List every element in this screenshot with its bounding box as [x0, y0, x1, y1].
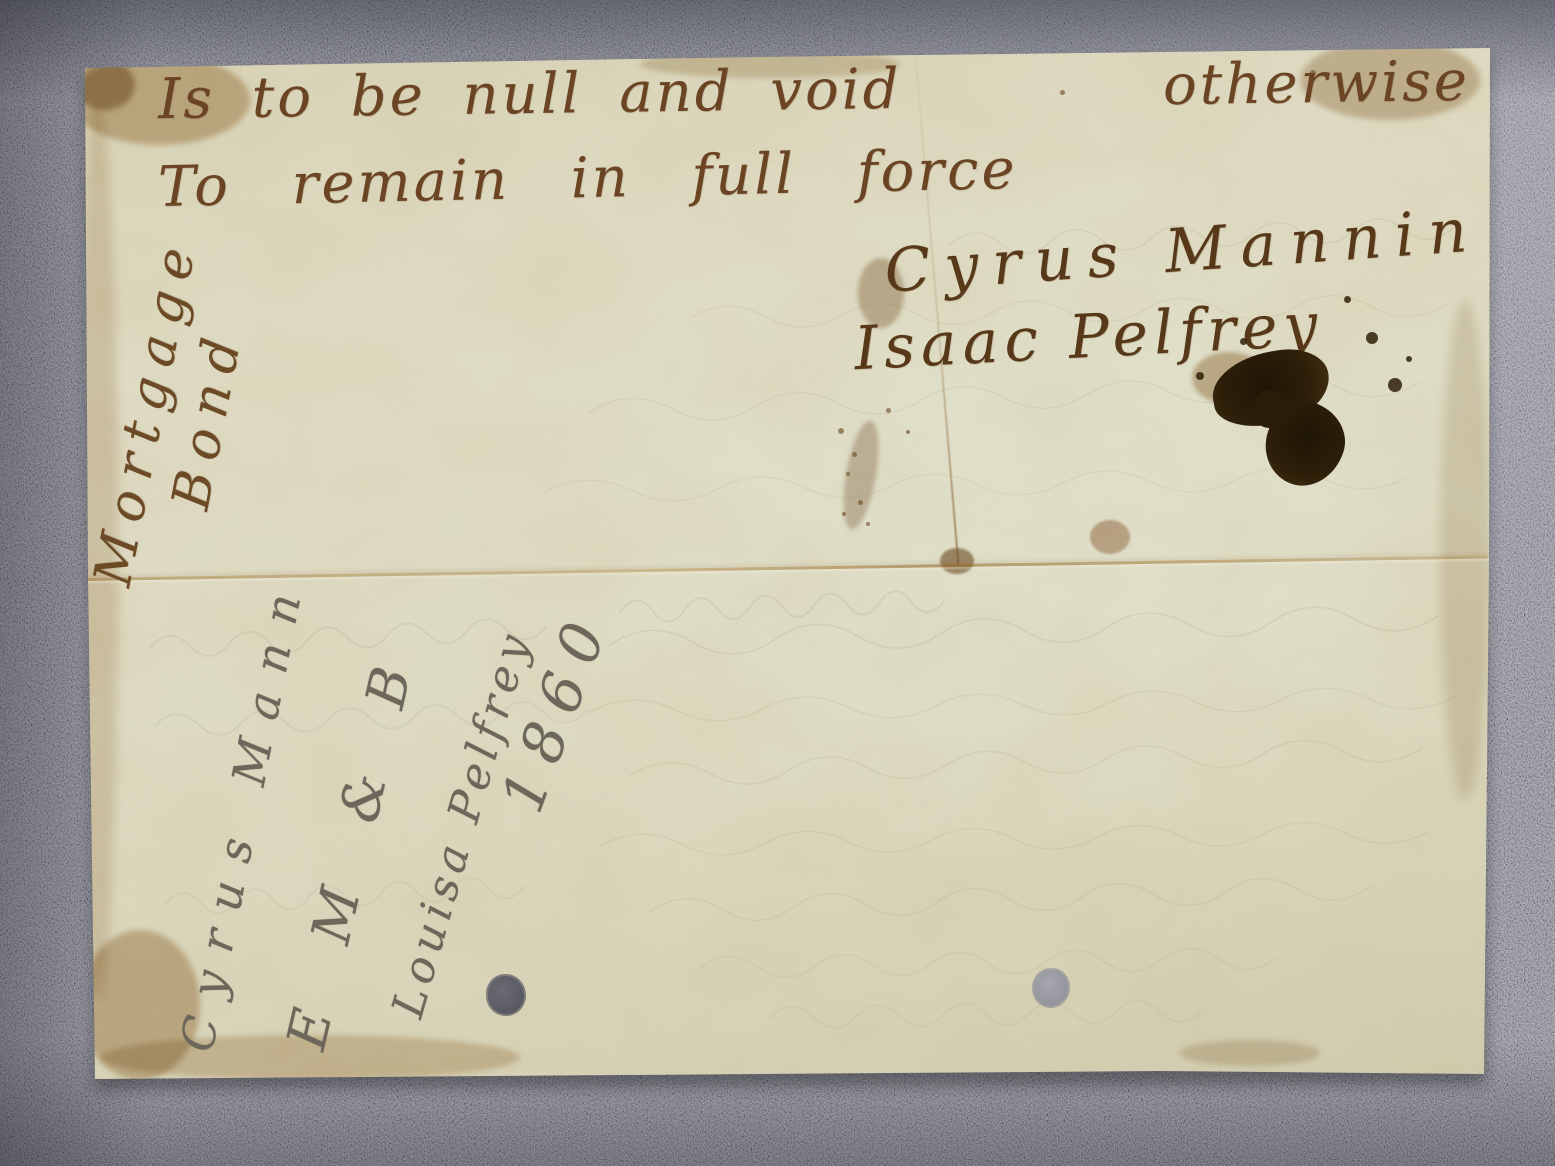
handwriting-line-1-right: otherwise: [1163, 49, 1471, 118]
ink-blot-satellite: [1366, 332, 1378, 344]
ink-blot-satellite: [1388, 378, 1402, 392]
document-photo-scene: Is to be null and void otherwise To rema…: [0, 0, 1555, 1166]
ink-blot-satellite: [1196, 372, 1204, 380]
handwriting-line-1-left: Is to be null and void: [158, 57, 902, 132]
document-paper: Is to be null and void otherwise To rema…: [0, 0, 1555, 1166]
ink-speck: [852, 452, 857, 457]
ink-speck: [838, 428, 844, 434]
ink-blot-satellite: [1406, 356, 1412, 362]
ink-speck: [842, 512, 846, 516]
stain: [1090, 520, 1130, 554]
ink-speck: [846, 472, 850, 476]
handwriting-line-2: To remain in full force: [157, 137, 1018, 220]
docket-label-mortgage-bond: Mortgage Bond: [82, 226, 278, 604]
hole-punch-left: [486, 974, 526, 1016]
stain: [1180, 1040, 1320, 1066]
stain: [837, 418, 886, 532]
ink-blot-satellite: [1344, 296, 1351, 303]
ink-blot: [1255, 392, 1355, 496]
ink-speck: [858, 500, 863, 505]
ink-speck: [886, 408, 891, 413]
ink-speck: [906, 430, 910, 434]
ink-speck: [866, 522, 870, 526]
hole-punch-right: [1032, 968, 1070, 1008]
stain: [1440, 300, 1490, 800]
signature-cyrus-mannin: Cyrus Mannin: [882, 195, 1483, 306]
ink-blot-satellite: [1240, 338, 1247, 345]
ink-blot: [1252, 390, 1286, 428]
